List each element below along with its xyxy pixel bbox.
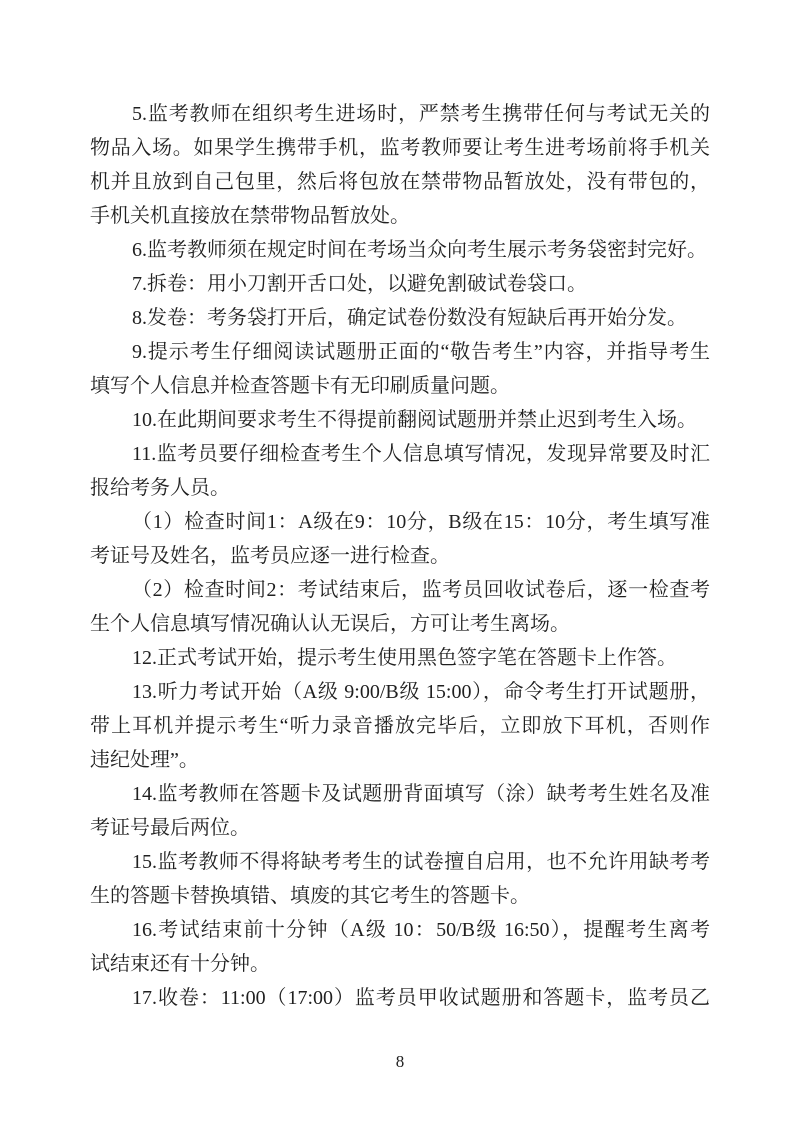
- text-line: （1）检查时间1：A级在9：10分，B级在15：10分，考生填写准: [90, 505, 710, 539]
- text-line: 17.收卷：11:00（17:00）监考员甲收试题册和答题卡，监考员乙: [90, 981, 710, 1015]
- text-line: 物品入场。如果学生携带手机，监考教师要让考生进考场前将手机关: [90, 131, 710, 165]
- text-line: 填写个人信息并检查答题卡有无印刷质量问题。: [90, 369, 710, 403]
- text-line: 16.考试结束前十分钟（A级 10：50/B级 16:50），提醒考生离考: [90, 913, 710, 947]
- text-line: 考证号最后两位。: [90, 811, 710, 845]
- text-line: 带上耳机并提示考生“听力录音播放完毕后，立即放下耳机，否则作: [90, 709, 710, 743]
- text-line: 12.正式考试开始，提示考生使用黑色签字笔在答题卡上作答。: [90, 641, 710, 675]
- text-line: 考证号及姓名，监考员应逐一进行检查。: [90, 539, 710, 573]
- text-line: 7.拆卷：用小刀割开舌口处，以避免割破试卷袋口。: [90, 267, 710, 301]
- text-line: 5.监考教师在组织考生进场时，严禁考生携带任何与考试无关的: [90, 97, 710, 131]
- text-line: 14.监考教师在答题卡及试题册背面填写（涂）缺考考生姓名及准: [90, 777, 710, 811]
- text-line: 9.提示考生仔细阅读试题册正面的“敬告考生”内容，并指导考生: [90, 335, 710, 369]
- text-line: 8.发卷：考务袋打开后，确定试卷份数没有短缺后再开始分发。: [90, 301, 710, 335]
- document-body: 5.监考教师在组织考生进场时，严禁考生携带任何与考试无关的物品入场。如果学生携带…: [90, 97, 710, 1015]
- text-line: 11.监考员要仔细检查考生个人信息填写情况，发现异常要及时汇: [90, 437, 710, 471]
- text-line: （2）检查时间2：考试结束后，监考员回收试卷后，逐一检查考: [90, 573, 710, 607]
- text-line: 生的答题卡替换填错、填废的其它考生的答题卡。: [90, 879, 710, 913]
- text-line: 报给考务人员。: [90, 471, 710, 505]
- text-line: 6.监考教师须在规定时间在考场当众向考生展示考务袋密封完好。: [90, 233, 710, 267]
- text-line: 试结束还有十分钟。: [90, 947, 710, 981]
- text-line: 13.听力考试开始（A级 9:00/B级 15:00），命令考生打开试题册，: [90, 675, 710, 709]
- text-line: 机并且放到自己包里，然后将包放在禁带物品暂放处，没有带包的，: [90, 165, 710, 199]
- text-line: 违纪处理”。: [90, 743, 710, 777]
- text-line: 手机关机直接放在禁带物品暂放处。: [90, 199, 710, 233]
- text-line: 生个人信息填写情况确认认无误后，方可让考生离场。: [90, 607, 710, 641]
- text-line: 10.在此期间要求考生不得提前翻阅试题册并禁止迟到考生入场。: [90, 403, 710, 437]
- text-line: 15.监考教师不得将缺考考生的试卷擅自启用，也不允许用缺考考: [90, 845, 710, 879]
- document-page: 5.监考教师在组织考生进场时，严禁考生携带任何与考试无关的物品入场。如果学生携带…: [0, 0, 793, 1122]
- page-number: 8: [90, 1050, 710, 1074]
